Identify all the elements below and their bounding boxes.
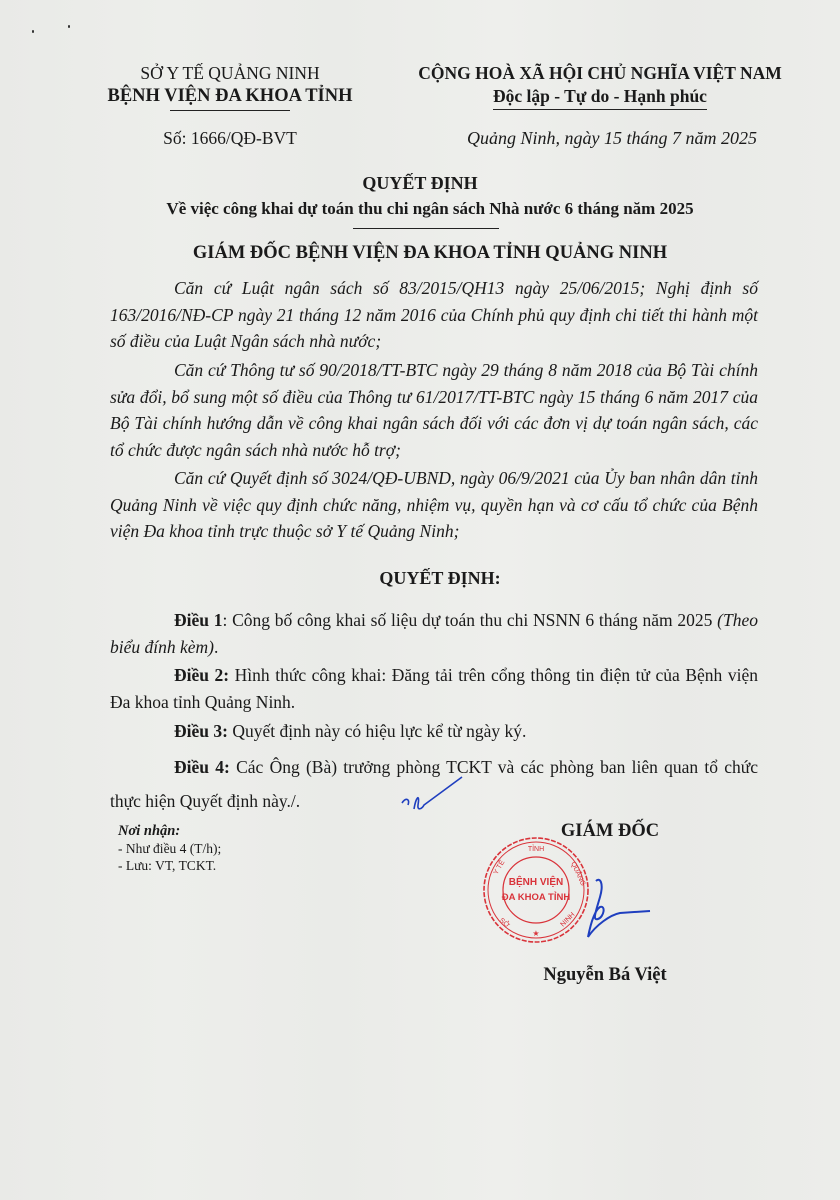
article-text: Quyết định này có hiệu lực kể từ ngày ký… [232,721,526,741]
agency-name: SỞ Y TẾ QUẢNG NINH [60,62,400,84]
article-2: Điều 2: Hình thức công khai: Đăng tải tr… [110,662,758,715]
preamble-paragraph: Căn cứ Thông tư số 90/2018/TT-BTC ngày 2… [110,357,758,463]
article-label: Điều 2: [174,665,229,685]
initial-mark-icon [400,775,470,815]
issuing-authority: GIÁM ĐỐC BỆNH VIỆN ĐA KHOA TỈNH QUẢNG NI… [0,243,840,264]
subject-rule [353,228,499,229]
header-rule-left [170,110,290,111]
issuing-body: SỞ Y TẾ QUẢNG NINH BỆNH VIỆN ĐA KHOA TỈN… [60,62,400,111]
article-separator: : [223,610,233,630]
document-title: QUYẾT ĐỊNH [0,173,840,194]
preamble-paragraph: Căn cứ Luật ngân sách số 83/2015/QH13 ng… [110,275,758,355]
organization-name: BỆNH VIỆN ĐA KHOA TỈNH [60,84,400,108]
article-label: Điều 4: [174,757,230,777]
recipient-item: - Lưu: VT, TCKT. [118,857,221,874]
recipients-block: Nơi nhận: - Như điều 4 (T/h); - Lưu: VT,… [118,823,221,874]
article-1: Điều 1: Công bố công khai số liệu dự toá… [110,607,758,660]
svg-text:★: ★ [532,929,539,938]
document-number: Số: 1666/QĐ-BVT [60,128,400,149]
svg-text:TỈNH: TỈNH [528,844,544,853]
place-date: Quảng Ninh, ngày 15 tháng 7 năm 2025 [395,128,805,149]
recipient-item: - Như điều 4 (T/h); [118,840,221,857]
preamble-paragraph: Căn cứ Quyết định số 3024/QĐ-UBND, ngày … [110,465,758,545]
scan-speck [32,30,34,33]
signature-icon [570,875,660,945]
article-tail: . [214,637,218,657]
national-motto: Độc lập - Tự do - Hạnh phúc [493,84,707,110]
signer-title: GIÁM ĐỐC [540,821,680,842]
article-label: Điều 3: [174,721,228,741]
article-3: Điều 3: Quyết định này có hiệu lực kể từ… [110,718,758,745]
recipients-label: Nơi nhận: [118,823,221,840]
document-page: SỞ Y TẾ QUẢNG NINH BỆNH VIỆN ĐA KHOA TỈN… [0,0,840,1200]
nation-name: CỘNG HOÀ XÃ HỘI CHỦ NGHĨA VIỆT NAM [395,62,805,84]
scan-speck [68,25,70,28]
stamp-line-1: BỆNH VIỆN [509,875,563,888]
signer-name: Nguyễn Bá Việt [505,965,705,986]
document-subject: Về việc công khai dự toán thu chi ngân s… [0,199,840,219]
national-header: CỘNG HOÀ XÃ HỘI CHỦ NGHĨA VIỆT NAM Độc l… [395,62,805,110]
stamp-line-2: ĐA KHOA TỈNH [502,891,571,903]
article-label: Điều 1 [174,610,223,630]
decision-heading: QUYẾT ĐỊNH: [0,568,840,589]
article-text: Công bố công khai số liệu dự toán thu ch… [232,610,717,630]
